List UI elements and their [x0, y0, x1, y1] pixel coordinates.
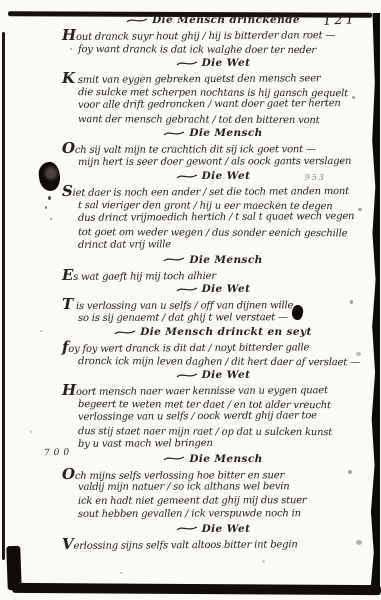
manuscript-line: foy foy wert dranck is dit dat / noyt bi…	[62, 339, 364, 355]
scan-border-right	[367, 13, 380, 593]
speaker-heading-label: Die Wet	[202, 369, 251, 381]
manuscript-line: sout hebben gevallen / ick verspuwde noc…	[62, 507, 364, 522]
manuscript-line: valdij mijn natuer / so ick althans wel …	[62, 480, 364, 495]
speaker-heading-label: Die Wet	[202, 523, 251, 535]
faint-marginal-number: 953	[305, 171, 326, 184]
manuscript-line: drinct dat vrij wille	[62, 237, 364, 253]
speaker-heading-label: Die Mensch	[189, 127, 262, 139]
scan-speck	[262, 560, 265, 563]
pen-flourish-icon	[163, 130, 185, 137]
speaker-heading-label: Die Wet	[202, 57, 251, 69]
speaker-heading: Die Wet953	[62, 170, 364, 183]
speaker-heading-label: Die Wet	[202, 283, 251, 295]
manuscript-text-column: Die Mensch drinckendeHout dranck suyr ho…	[62, 13, 364, 551]
manuscript-line: dronck ick mijn leven daghen / dit hert …	[62, 355, 364, 370]
speaker-heading: Die Mensch drinckt en seyt	[62, 326, 364, 339]
manuscript-line: Hout dranck suyr hout ghij / hij is bitt…	[62, 27, 364, 43]
speaker-heading: Die Wet	[62, 283, 364, 296]
speaker-heading-label: Die Mensch	[189, 254, 262, 266]
pen-flourish-icon	[176, 173, 198, 180]
speaker-heading: Die Mensch	[62, 127, 364, 140]
speaker-heading: Die Mensch drinckende	[62, 14, 364, 27]
manuscript-line: Och mijns selfs verlossing hoe bitter en…	[62, 466, 364, 481]
verse-block: foy foy wert dranck is dit dat / noyt bi…	[62, 341, 364, 368]
ink-drip	[45, 206, 47, 209]
ink-drip	[50, 218, 52, 220]
manuscript-line: ick en hadt niet gemeent dat ghij mij du…	[62, 493, 364, 508]
manuscript-line: dus drinct vrijmoedich hertich / t sal t…	[62, 210, 364, 226]
scan-speck	[30, 430, 32, 433]
scan-speck	[120, 572, 123, 574]
manuscript-line: verlossinge van u selfs / oock werdt ghi…	[62, 409, 364, 425]
manuscript-line: so is sij genaemt / dat ghij t wel verst…	[62, 310, 364, 325]
manuscript-line: T is verlossing van u selfs / off van di…	[62, 297, 364, 312]
verse-block: Och sij valt mijn te crachtich dit sij i…	[62, 142, 364, 169]
verse-block: Och mijns selfs verlossing hoe bitter en…	[62, 468, 364, 522]
verse-block: T is verlossing van u selfs / off van di…	[62, 298, 364, 325]
verse-block: K smit van eygen gebreken quetst den men…	[62, 72, 364, 126]
scan-border-bottom	[12, 583, 381, 595]
manuscript-line: want der mensch gebracht / tot den bitte…	[62, 113, 364, 128]
ink-blot	[37, 161, 62, 193]
manuscript-line: Och sij valt mijn te crachtich dit sij i…	[62, 141, 364, 156]
pen-flourish-icon	[163, 455, 185, 462]
manuscript-line: by u vast mach wel bringen	[62, 436, 364, 452]
speaker-heading-label: Die Mensch drinckt en seyt	[140, 326, 312, 338]
manuscript-line: voor alle drift gedroncken / want doer g…	[62, 97, 364, 113]
manuscript-page-scan: 121 700 Die Mensch drinckendeHout dranck…	[0, 0, 381, 600]
speaker-heading: Die Mensch	[62, 254, 364, 267]
manuscript-line: Es wat gaeft hij mij toch alhier	[62, 266, 364, 282]
speaker-heading-label: Die Wet	[202, 170, 251, 182]
manuscript-line: Siet daer is noch een ander / set die to…	[62, 183, 364, 199]
speaker-heading-label: Die Mensch drinckende	[152, 14, 300, 26]
ink-drip	[48, 196, 51, 200]
pen-flourish-icon	[176, 286, 198, 293]
speaker-heading: Die Wet	[62, 369, 364, 382]
manuscript-line: K smit van eygen gebreken quetst den men…	[62, 70, 364, 86]
verse-block: Es wat gaeft hij mij toch alhier	[62, 269, 364, 283]
verse-block: Siet daer is noch een ander / set die to…	[62, 185, 364, 253]
manuscript-line: Hoort mensch naer waer kennisse van u ey…	[62, 382, 364, 398]
pen-flourish-icon	[126, 17, 148, 24]
verse-block: Verlossing sijns selfs valt altoos bitte…	[62, 538, 364, 552]
verse-block: Hoort mensch naer waer kennisse van u ey…	[62, 384, 364, 452]
pen-flourish-icon	[176, 372, 198, 379]
speaker-heading-label: Die Mensch	[189, 453, 262, 465]
pen-flourish-icon	[176, 525, 198, 532]
scan-border-corner	[6, 546, 22, 590]
speaker-heading: Die Wet	[62, 523, 364, 536]
manuscript-line: foy want dranck is dat ick walghe doer t…	[62, 43, 364, 58]
scan-speck	[40, 330, 43, 332]
manuscript-line: Verlossing sijns selfs valt altoos bitte…	[62, 535, 364, 551]
verse-block: Hout dranck suyr hout ghij / hij is bitt…	[62, 29, 364, 56]
scan-border-left	[2, 32, 5, 560]
speaker-heading: Die Wet	[62, 57, 364, 70]
manuscript-line: mijn hert is seer doer gewont / als oock…	[62, 154, 364, 169]
speaker-heading: Die Mensch	[62, 453, 364, 466]
pen-flourish-icon	[114, 329, 136, 336]
pen-flourish-icon	[163, 256, 185, 263]
pen-flourish-icon	[176, 60, 198, 67]
